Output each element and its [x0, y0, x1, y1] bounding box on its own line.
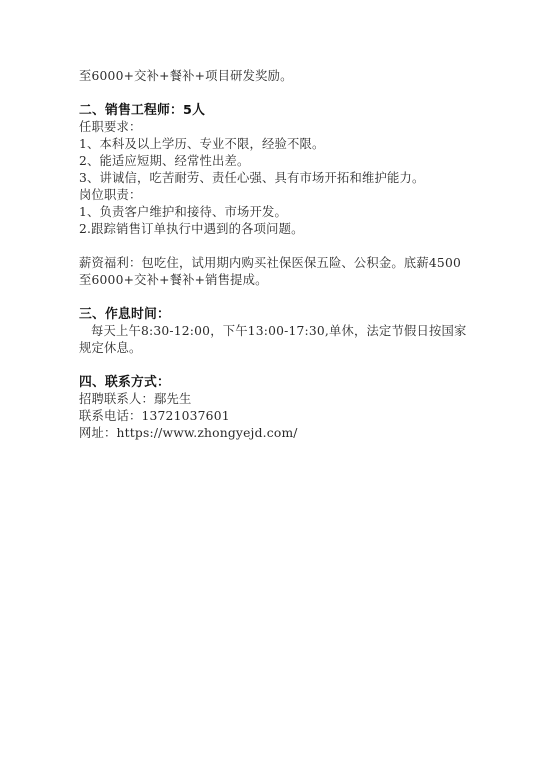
section-heading-sales-engineer: 二、销售工程师：5人	[79, 102, 474, 119]
duties-label: 岗位职责：	[79, 187, 474, 204]
requirements-label: 任职要求：	[79, 119, 474, 136]
section-heading-contact: 四、联系方式：	[79, 374, 474, 391]
requirement-item: 3、讲诚信，吃苦耐劳、责任心强、具有市场开拓和维护能力。	[79, 170, 474, 187]
contact-phone: 联系电话：13721037601	[79, 408, 474, 425]
requirement-item: 1、本科及以上学历、专业不限，经验不限。	[79, 136, 474, 153]
website-line: 网址：https://www.zhongyejd.com/	[79, 425, 474, 442]
spacer	[79, 289, 474, 306]
salary-benefits-text: 薪资福利：包吃住，试用期内购买社保医保五险、公积金。底薪4500	[79, 255, 474, 272]
section-heading-work-hours: 三、作息时间：	[79, 306, 474, 323]
website-label: 网址：	[79, 426, 117, 440]
work-hours-text: 规定休息。	[79, 340, 474, 357]
spacer	[79, 357, 474, 374]
contact-person: 招聘联系人：鄢先生	[79, 391, 474, 408]
work-hours-text: 每天上午8:30-12:00，下午13:00-17:30,单休，法定节假日按国家	[79, 323, 474, 340]
document-page: 至6000+交补+餐补+项目研发奖励。 二、销售工程师：5人 任职要求： 1、本…	[79, 68, 474, 442]
salary-benefits-text: 至6000+交补+餐补+销售提成。	[79, 272, 474, 289]
spacer	[79, 85, 474, 102]
spacer	[79, 238, 474, 255]
duty-item: 1、负责客户维护和接待、市场开发。	[79, 204, 474, 221]
duty-item: 2.跟踪销售订单执行中遇到的各项问题。	[79, 221, 474, 238]
salary-continuation-text: 至6000+交补+餐补+项目研发奖励。	[79, 68, 474, 85]
website-link[interactable]: https://www.zhongyejd.com/	[117, 426, 298, 440]
requirement-item: 2、能适应短期、经常性出差。	[79, 153, 474, 170]
